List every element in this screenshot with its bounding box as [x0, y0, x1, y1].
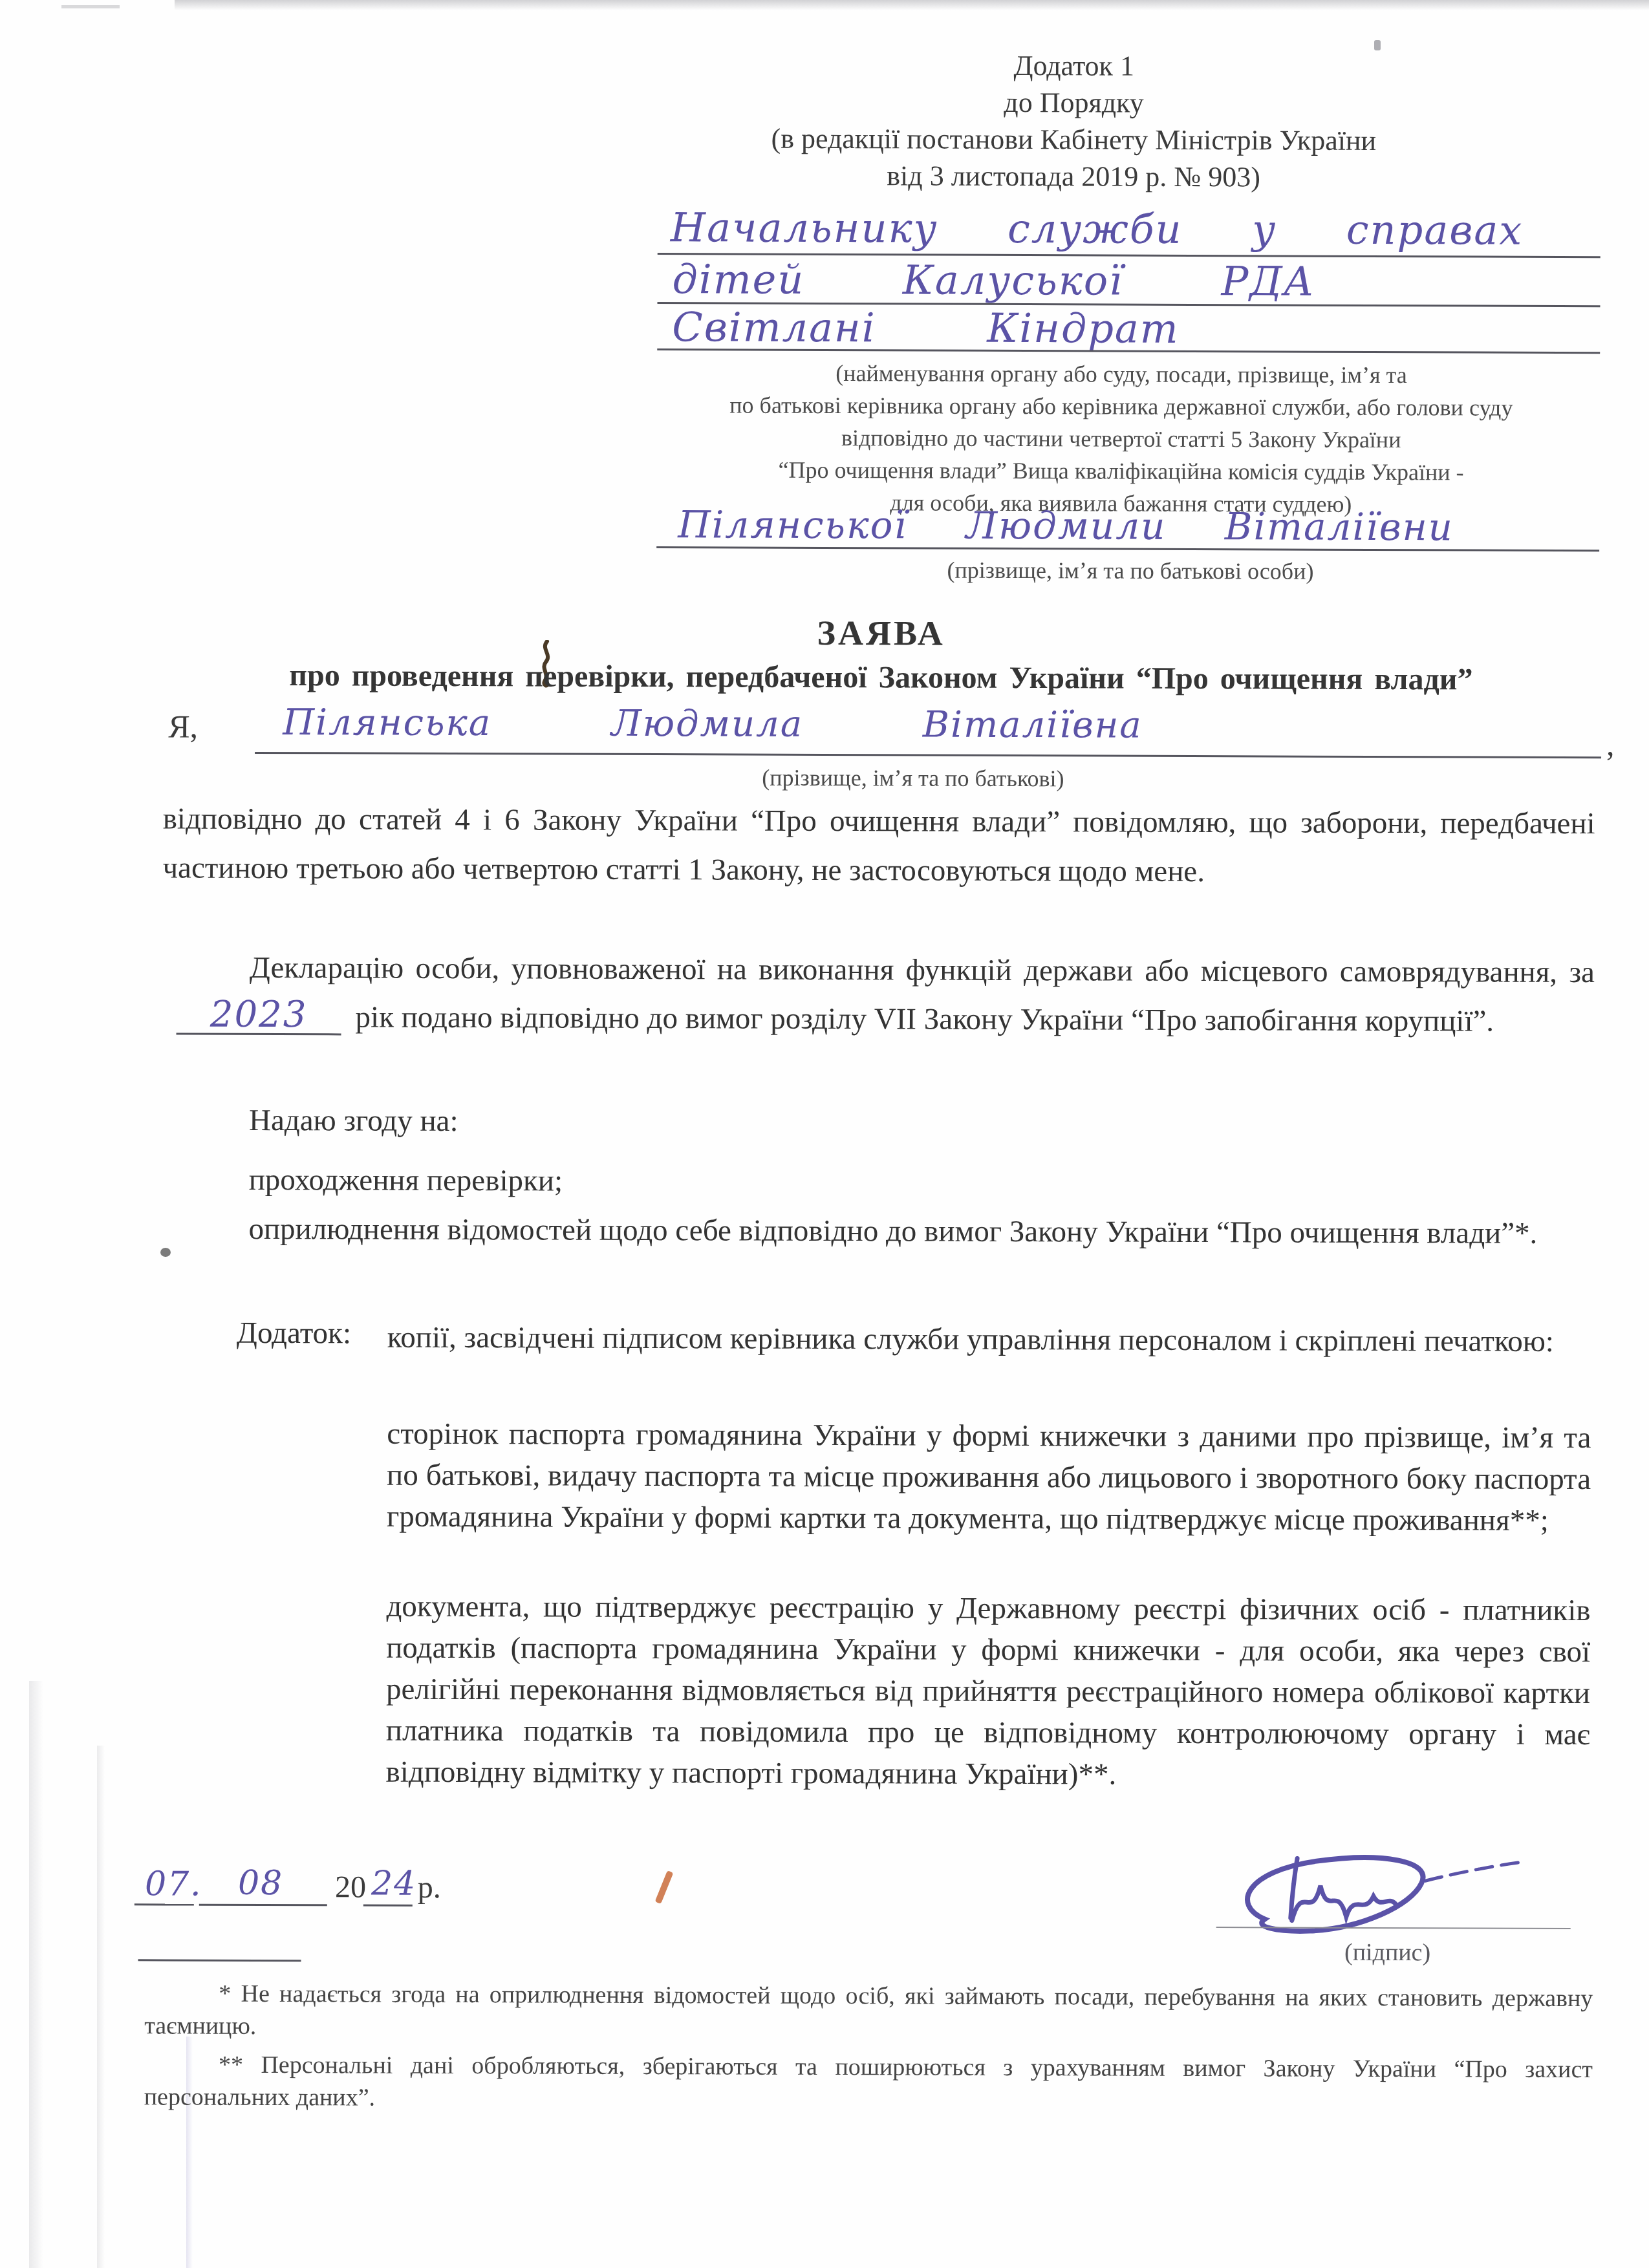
paragraph-statement: відповідно до статей 4 і 6 Закону Україн…: [162, 794, 1595, 897]
addressee-caption: (найменування органу або суду, посади, п…: [649, 356, 1593, 521]
document-subtitle: про проведення перевірки, передбаченої З…: [160, 657, 1602, 698]
date-day-rule: [135, 1903, 194, 1905]
footnote-separator: [138, 1959, 301, 1962]
document-title: ЗАЯВА: [167, 610, 1596, 656]
attachment-block: Додаток: копії, засвідчені підписом кері…: [164, 1315, 1593, 1363]
attachment-label: Додаток:: [237, 1316, 351, 1351]
scanned-application-page: Додаток 1 до Порядку (в редакції постано…: [0, 0, 1649, 2268]
paragraph-declaration: Декларацію особи, уповноваженої на викон…: [162, 943, 1595, 1046]
date-year-rule: [363, 1905, 413, 1907]
paragraph-declaration-after-year: рік подано відповідно до вимог розділу V…: [356, 1000, 1494, 1038]
header-line-edition: (в редакції постанови Кабінету Міністрів…: [715, 120, 1432, 159]
declarant-caption: (прізвище, ім’я та по батькові): [454, 760, 1372, 796]
addressee-handwritten-line-2: дітей Калуської РДА: [672, 255, 1315, 305]
consent-item-publication: оприлюднення відомостей щодо себе відпов…: [161, 1204, 1593, 1258]
header-line-date-number: від 3 листопада 2019 р. № 903): [715, 156, 1432, 196]
consent-intro: Надаю згоду на:: [249, 1096, 1594, 1150]
declarant-comma: ,: [1606, 725, 1615, 763]
footnote-secrecy: * Не надається згода на оприлюднення від…: [144, 1977, 1593, 2047]
paragraph-declaration-before-year: Декларацію особи, уповноваженої на викон…: [250, 951, 1595, 989]
date-year-suffix: р.: [418, 1870, 441, 1905]
date-month-rule: [199, 1904, 327, 1907]
applicant-name-dative-handwritten: Пілянської Людмили Віталіївни: [678, 502, 1454, 549]
declarant-name-rule: [255, 752, 1601, 758]
document-header: Додаток 1 до Порядку (в редакції постано…: [715, 46, 1433, 196]
attachment-item-passport-pages: сторінок паспорта громадянина України у …: [387, 1413, 1591, 1541]
declaration-year-handwritten: 2023: [177, 997, 341, 1036]
addressee-caption-line-3: відповідно до частини четвертої статті 5…: [649, 421, 1593, 456]
header-line-order: до Порядку: [715, 83, 1432, 122]
header-line-annex: Додаток 1: [715, 46, 1433, 85]
attachment-intro: копії, засвідчені підписом керівника слу…: [387, 1316, 1593, 1364]
declarant-prefix: Я,: [168, 707, 198, 745]
signature-caption: (підпис): [1290, 1936, 1484, 1969]
consent-item-check: проходження перевірки;: [249, 1155, 1594, 1209]
addressee-handwritten-line-1: Начальнику служби у справах: [671, 204, 1524, 254]
date-month-handwritten: 08: [238, 1864, 283, 1903]
signature-ink: [1220, 1843, 1582, 1941]
date-year-prefix: 20: [335, 1869, 366, 1905]
addressee-caption-line-2: по батькові керівника органу або керівни…: [649, 389, 1593, 424]
footnote-personal-data: ** Персональні дані обробляються, зберіг…: [144, 2048, 1593, 2118]
applicant-name-caption: (прізвище, ім’я та по батькові особи): [662, 553, 1599, 588]
attachment-item-tax-registry: документа, що підтверджує реєстрацію у Д…: [385, 1586, 1590, 1797]
date-year-handwritten: 24: [371, 1865, 416, 1903]
addressee-caption-line-4: “Про очищення влади” Вища кваліфікаційна…: [649, 453, 1593, 489]
addressee-handwritten-line-3: Світлані Кіндрат: [672, 303, 1180, 352]
declarant-name-handwritten: Пілянська Людмила Віталіївна: [283, 701, 1143, 747]
addressee-caption-line-1: (найменування органу або суду, посади, п…: [649, 356, 1593, 392]
date-day-handwritten: 07.: [145, 1865, 202, 1903]
